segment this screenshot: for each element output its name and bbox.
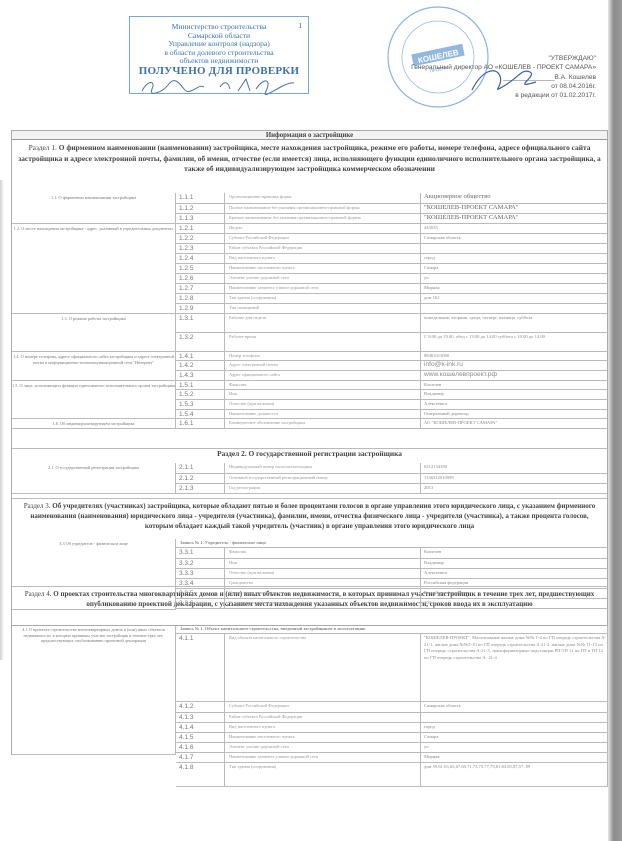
row-value: Кошелев: [421, 381, 608, 390]
row-value: ул.: [421, 274, 608, 284]
row-value: Алексеевич: [421, 400, 608, 410]
row-code: 1.5.1: [176, 381, 225, 390]
row-value: [421, 713, 608, 723]
row-code: 2.1.3: [176, 484, 225, 494]
row-label: Организационно-правовая форма: [225, 193, 421, 204]
page-number: 1: [299, 22, 303, 31]
row-code: 1.6.1: [176, 419, 225, 429]
row-value: Самарская область: [421, 234, 608, 244]
row-value: Алексеевич: [421, 569, 608, 579]
row-label: Краткое наименование без указания органи…: [225, 214, 421, 224]
row-value: [421, 244, 608, 254]
row-code: 1.1.2: [176, 204, 225, 214]
row-value: дом 59,61,63,65,67,69,71,73,75,77,79,81,…: [421, 763, 608, 787]
row-code: 1.4.1: [176, 352, 225, 361]
row-value: 6312134390: [421, 463, 608, 474]
row-code: 1.3.2: [176, 333, 225, 352]
row-label: Элемент улично-дорожной сети: [225, 743, 421, 753]
row-value: Мирная: [421, 753, 608, 763]
row-value: 2013: [421, 484, 608, 494]
row-code: 1.5.2: [176, 390, 225, 400]
row-value: ул.: [421, 743, 608, 753]
row-code: 1.2.9: [176, 304, 225, 314]
row-code: 1.2.8: [176, 294, 225, 304]
group-projects: 4.1 О проектах строительства многокварти…: [11, 625, 176, 755]
row-value: "КОШЕЛЕВ-ПРОЕКТ". Малоэтажные жилые дома…: [421, 634, 608, 702]
row-code: 1.1.3: [176, 214, 225, 224]
row-code: 1.2.4: [176, 254, 225, 264]
row-value: 443035: [421, 224, 608, 234]
row-code: 1.2.6: [176, 274, 225, 284]
row-code: 1.4.3: [176, 371, 225, 381]
row-label: Рабочее время: [225, 333, 421, 352]
row-label: Рабочие дни недели: [225, 314, 421, 333]
form-header: Информация о застройщике: [11, 130, 608, 140]
row-value: 88463313000: [421, 352, 608, 361]
group-work-hours: 1.3. О режиме работы застройщика: [11, 314, 176, 352]
row-value: АО "КОШЕЛЕВ-ПРОЕКТ САМАРА": [421, 419, 608, 429]
row-value: 1136312010999: [421, 474, 608, 484]
row-value: info@k-ink.ru: [421, 361, 608, 371]
row-label: Тип здания (сооружения): [225, 763, 421, 787]
row-label: Номер телефона: [225, 352, 421, 361]
row-label: Имя: [225, 390, 421, 400]
row-value: Генеральный директор: [421, 410, 608, 419]
row-value: Самарская область: [421, 702, 608, 713]
row-label: Вид объекта капитального строительства: [225, 634, 421, 702]
row-code: 1.2.2: [176, 234, 225, 244]
row-label: Имя: [225, 559, 421, 569]
row-label: Отчество (при наличии): [225, 569, 421, 579]
row-label: Гражданство: [225, 579, 421, 589]
row-label: Страна места жительства: [225, 589, 421, 599]
row-label: Индивидуальный номер налогоплательщика: [225, 463, 421, 474]
row-value: www.кошелевпроект.рф: [421, 371, 608, 381]
row-code: 3.3.1: [176, 548, 225, 559]
row-code: 4.1.6: [176, 743, 225, 753]
row-code: 4.1.1: [176, 634, 225, 702]
section-3-title: Раздел 3. Об учредителях (участниках) за…: [11, 498, 608, 538]
group-registration: 2.1. О государственной регистрации застр…: [11, 463, 176, 494]
row-label: Основной государственный регистрационный…: [225, 474, 421, 484]
row-code: 4.1.4: [176, 723, 225, 733]
row-code: 4.1.7: [176, 753, 225, 763]
row-label: Отчество (при наличии): [225, 400, 421, 410]
director-signature-icon: [470, 60, 540, 100]
row-value: Мирная: [421, 284, 608, 294]
group-executive: 1.5. О лице, исполняющем функции единоли…: [11, 381, 176, 419]
row-value: "КОШЕЛЕВ-ПРОЕКТ САМАРА": [421, 214, 608, 224]
row-label: Субъект Российской Федерации: [225, 234, 421, 244]
row-label: Фамилия: [225, 381, 421, 390]
row-code: 4.1.3: [176, 713, 225, 723]
developer-info-form: Информация о застройщике Раздел 1. О фир…: [11, 130, 608, 829]
row-code: 1.1.1: [176, 193, 225, 204]
row-value: город: [421, 254, 608, 264]
row-code: 1.5.4: [176, 410, 225, 419]
row-label: Адрес официального сайта: [225, 371, 421, 381]
row-label: Адрес электронной почты: [225, 361, 421, 371]
row-label: Наименование элемента улично-дорожной се…: [225, 284, 421, 294]
row-code: 4.1.2: [176, 702, 225, 713]
founder-record-header: Запись № 1. Учредитель - физическое лицо: [176, 539, 608, 548]
row-value: Российская федерация: [421, 589, 608, 599]
row-label: Тип помещений: [225, 304, 421, 314]
row-value: Самара: [421, 264, 608, 274]
row-code: 1.4.2: [176, 361, 225, 371]
row-code: 1.3.1: [176, 314, 225, 333]
row-label: % голосов в органе управления: [225, 599, 421, 609]
row-label: Субъект Российской Федерации: [225, 702, 421, 713]
row-code: 1.2.1: [176, 224, 225, 234]
row-code: 1.2.3: [176, 244, 225, 254]
row-code: 2.1.2: [176, 474, 225, 484]
row-value: Владимир: [421, 559, 608, 569]
group-firm-name: 1.1. О фирменном наименовании застройщик…: [11, 193, 176, 224]
group-founder: 3.3 Об учредителе - физическом лице: [11, 539, 176, 610]
received-stamp: 1 Министерство строительства Самарской о…: [129, 16, 309, 94]
row-value: Кошелев: [421, 548, 608, 559]
scan-edge-bar: [608, 0, 622, 841]
row-code: 4.1.8: [176, 763, 225, 787]
row-value: [421, 304, 608, 314]
row-label: Район субъекта Российской Федерации: [225, 244, 421, 254]
row-value: Акционерное общество: [421, 193, 608, 204]
group-location: 1.2. О месте нахождения застройщика - ад…: [11, 224, 176, 314]
row-code: 3.3.4: [176, 579, 225, 589]
row-label: Район субъекта Российской Федерации: [225, 713, 421, 723]
row-label: Вид населенного пункта: [225, 723, 421, 733]
row-code: 1.5.3: [176, 400, 225, 410]
section-2-title: Раздел 2. О государственной регистрации …: [11, 448, 608, 462]
row-label: Наименование элемента улично-дорожной се…: [225, 753, 421, 763]
row-value: дом 162: [421, 294, 608, 304]
group-commercial-name: 1.6. Об индивидуализирующем застройщика: [11, 419, 176, 429]
row-code: 3.3.2: [176, 559, 225, 569]
row-value: понедельник, вторник, среда, четверг, пя…: [421, 314, 608, 333]
row-label: Наименование населенного пункта: [225, 733, 421, 743]
row-code: 1.2.5: [176, 264, 225, 274]
row-label: Тип здания (сооружения): [225, 294, 421, 304]
row-code: 3.3.5: [176, 589, 225, 599]
scan-edge-shadow: [0, 180, 4, 660]
row-label: Год регистрации: [225, 484, 421, 494]
row-code: 3.3.6: [176, 599, 225, 609]
row-label: Наименование должности: [225, 410, 421, 419]
row-label: Индекс: [225, 224, 421, 234]
section-1-title: Раздел 1. О фирменном наименовании (наим…: [11, 141, 608, 193]
row-value: Самара: [421, 733, 608, 743]
row-code: 4.1.5: [176, 733, 225, 743]
row-label: Полное наименование без указания организ…: [225, 204, 421, 214]
row-code: 2.1.1: [176, 463, 225, 474]
project-record-header: Запись № 1. Объект капитального строител…: [176, 625, 608, 634]
row-label: Фамилия: [225, 548, 421, 559]
row-value: 100: [421, 599, 608, 609]
group-contacts: 1.4. О номере телефона, адресе официальн…: [11, 352, 176, 381]
row-value: город: [421, 723, 608, 733]
stamp-received: ПОЛУЧЕНО ДЛЯ ПРОВЕРКИ: [130, 67, 308, 76]
row-label: Коммерческое обозначение застройщика: [225, 419, 421, 429]
row-value: Владимир: [421, 390, 608, 400]
row-value: "КОШЕЛЕВ-ПРОЕКТ САМАРА": [421, 204, 608, 214]
row-value: С 8.00 до 19.00, обед с 13.00 до 14.00 с…: [421, 333, 608, 352]
row-value: Российская федерация: [421, 579, 608, 589]
row-label: Наименование населенного пункта: [225, 264, 421, 274]
row-label: Вид населенного пункта: [225, 254, 421, 264]
row-code: 1.2.7: [176, 284, 225, 294]
handwritten-date-signature-icon: [138, 77, 298, 95]
row-code: 3.3.3: [176, 569, 225, 579]
row-label: Элемент улично-дорожной сети: [225, 274, 421, 284]
